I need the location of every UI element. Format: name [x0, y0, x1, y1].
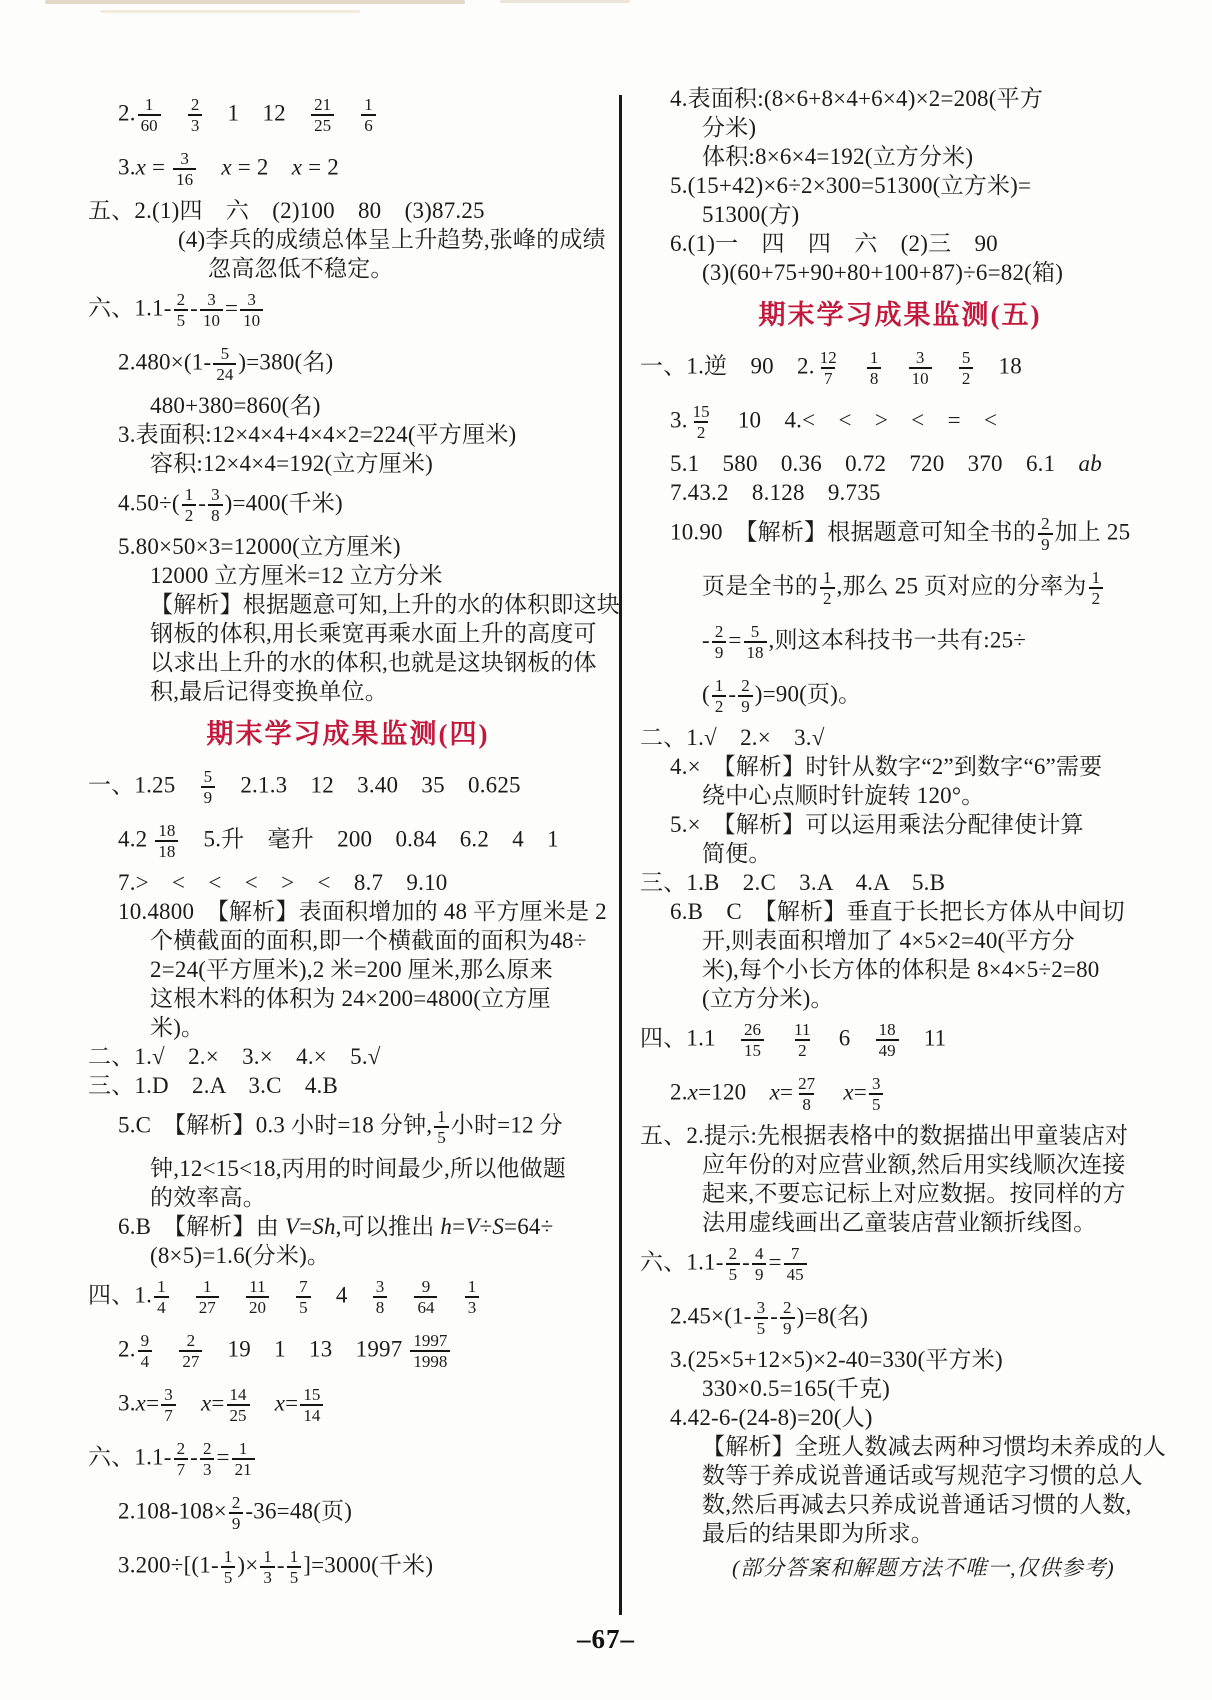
answer-line: (4)李兵的成绩总体呈上升趋势,张峰的成绩	[178, 225, 608, 254]
answer-line: 3.表面积:12×4×4+4×4×2=224(平方厘米)	[118, 420, 608, 449]
answer-line: 480+380=860(名)	[150, 391, 608, 420]
answer-line: 钟,12<15<18,丙用的时间最少,所以他做题	[150, 1154, 608, 1183]
fraction: 29	[738, 676, 753, 716]
answer-line: 开,则表面积增加了 4×5×2=40(平方分	[702, 926, 1160, 955]
answer-line: 2.160 23 1 12 2125 16	[118, 88, 608, 142]
answer-line: 【解析】根据题意可知,上升的水的体积即这块	[150, 590, 608, 619]
answer-line: 6.(1)一 四 四 六 (2)三 90	[670, 229, 1160, 258]
fraction: 227	[179, 1331, 202, 1371]
fraction: 1120	[246, 1277, 269, 1317]
answer-line: 六、1.1-27-23=121	[88, 1432, 608, 1486]
reference-note: (部分答案和解题方法不唯一,仅供参考)	[732, 1554, 1160, 1583]
fraction: 1514	[300, 1385, 323, 1425]
fraction: 518	[744, 622, 767, 662]
answer-line: (立方分米)。	[702, 984, 1160, 1013]
fraction: 29	[229, 1493, 244, 1533]
fraction: 15	[221, 1547, 236, 1587]
answer-line: 4.表面积:(8×6+8×4+6×4)×2=208(平方	[670, 84, 1160, 113]
answer-line: 2.94 227 19 1 13 1997 19971998	[118, 1324, 608, 1378]
fraction: 38	[208, 485, 223, 525]
answer-line: 忽高忽低不稳定。	[208, 254, 608, 283]
column-divider	[619, 95, 622, 1615]
top-border-decoration-right	[500, 0, 630, 3]
page-number: –67–	[0, 1624, 1212, 1655]
answer-line: 5.(15+42)×6÷2×300=51300(立方米)=	[670, 171, 1160, 200]
answer-line: 这根木料的体积为 24×200=4800(立方厘	[150, 984, 608, 1013]
answer-line: (3)(60+75+90+80+100+87)÷6=82(箱)	[702, 258, 1160, 287]
fraction: 12	[820, 568, 835, 608]
fraction: 59	[201, 767, 216, 807]
answer-line: 数,然后再减去只养成说普通话习惯的人数,	[702, 1490, 1160, 1519]
fraction: 75	[296, 1277, 311, 1317]
fraction: 316	[173, 149, 196, 189]
fraction: 35	[754, 1298, 769, 1338]
answer-line: 起来,不要忘记标上对应数据。按同样的方	[702, 1179, 1160, 1208]
answer-line: 7.43.2 8.128 9.735	[670, 478, 1160, 507]
answer-line: 6.B C 【解析】垂直于长把长方体从中间切	[670, 897, 1160, 926]
answer-line: 12000 立方厘米=12 立方分米	[150, 561, 608, 590]
fraction: 112	[791, 1020, 813, 1060]
answers-column-left: 2.160 23 1 12 2125 163.x = 316 x = 2 x =…	[88, 88, 608, 1594]
fraction: 2615	[741, 1020, 764, 1060]
answer-line: 简便。	[702, 839, 1160, 868]
answer-line: 的效率高。	[150, 1183, 608, 1212]
fraction: 13	[465, 1277, 480, 1317]
answer-line: 六、1.1-25-49=745	[640, 1237, 1160, 1291]
fraction: 13	[260, 1547, 275, 1587]
fraction: 152	[690, 402, 713, 442]
answer-line: 四、1.14 127 1120 75 4 38 964 13	[88, 1270, 608, 1324]
fraction: 12	[1089, 568, 1104, 608]
answer-line: 最后的结果即为所求。	[702, 1519, 1160, 1548]
fraction: 1849	[876, 1020, 899, 1060]
fraction: 37	[161, 1385, 176, 1425]
fraction: 49	[752, 1244, 767, 1284]
top-border-decoration-faint	[100, 10, 360, 13]
fraction: 310	[240, 290, 263, 330]
answer-line: 4.2 1818 5.升 毫升 200 0.84 6.2 4 1	[118, 814, 608, 868]
section-header: 期末学习成果监测(五)	[640, 294, 1160, 336]
answer-line: 3.152 10 4.< < > < = <	[670, 395, 1160, 449]
fraction: 23	[200, 1439, 215, 1479]
answer-line: 【解析】全班人数减去两种习惯均未养成的人	[702, 1432, 1160, 1461]
answer-line: 三、1.D 2.A 3.C 4.B	[88, 1071, 608, 1100]
answer-line: 2.480×(1-524)=380(名)	[118, 337, 608, 391]
answer-line: 钢板的体积,用长乘宽再乘水面上升的高度可	[150, 619, 608, 648]
answer-line: 数等于养成说普通话或写规范字习惯的总人	[702, 1461, 1160, 1490]
answer-line: 7.> < < < > < 8.7 9.10	[118, 868, 608, 897]
answer-line: 法用虚线画出乙童装店营业额折线图。	[702, 1208, 1160, 1237]
answer-line: 5.1 580 0.36 0.72 720 370 6.1 ab	[670, 449, 1160, 478]
fraction: 18	[867, 348, 882, 388]
fraction: 35	[869, 1074, 884, 1114]
fraction: 310	[200, 290, 223, 330]
fraction: 29	[712, 622, 727, 662]
answer-line: 3.(25×5+12×5)×2-40=330(平方米)	[670, 1345, 1160, 1374]
fraction: 15	[287, 1547, 302, 1587]
answer-line: 5.× 【解析】可以运用乘法分配律使计算	[670, 810, 1160, 839]
answer-line: 2.108-108×29-36=48(页)	[118, 1486, 608, 1540]
answer-line: 10.90 【解析】根据题意可知全书的29加上 25	[670, 507, 1160, 561]
fraction: 524	[213, 344, 236, 384]
fraction: 745	[784, 1244, 807, 1284]
fraction: 25	[726, 1244, 741, 1284]
answer-line: 一、1.25 59 2.1.3 12 3.40 35 0.625	[88, 760, 608, 814]
answer-line: 4.42-6-(24-8)=20(人)	[670, 1403, 1160, 1432]
answer-line: 4.50÷(12-38)=400(千米)	[118, 478, 608, 532]
answer-line: 体积:8×6×4=192(立方分米)	[702, 142, 1160, 171]
answer-line: 3.200÷[(1-15)×13-15]=3000(千米)	[118, 1540, 608, 1594]
answer-line: 三、1.B 2.C 3.A 4.A 5.B	[640, 868, 1160, 897]
answer-line: 五、2.提示:先根据表格中的数据描出甲童装店对	[640, 1121, 1160, 1150]
answer-line: -29=518,则这本科技书一共有:25÷	[702, 615, 1160, 669]
answer-line: 3.x = 316 x = 2 x = 2	[118, 142, 608, 196]
fraction: 12	[182, 485, 197, 525]
answer-line: 积,最后记得变换单位。	[150, 677, 608, 706]
fraction: 278	[795, 1074, 818, 1114]
answer-line: 应年份的对应营业额,然后用实线顺次连接	[702, 1150, 1160, 1179]
answer-line: 页是全书的12,那么 25 页对应的分率为12	[702, 561, 1160, 615]
answer-line: 四、1.1 2615 112 6 1849 11	[640, 1013, 1160, 1067]
fraction: 25	[174, 290, 189, 330]
answer-line: 容积:12×4×4=192(立方厘米)	[150, 449, 608, 478]
fraction: 964	[414, 1277, 437, 1317]
answer-line: 6.B 【解析】由 V=Sh,可以推出 h=V÷S=64÷	[118, 1212, 608, 1241]
fraction: 94	[138, 1331, 153, 1371]
answer-line: 米),每个小长方体的体积是 8×4×5÷2=80	[702, 955, 1160, 984]
answer-line: 2.x=120 x=278 x=35	[670, 1067, 1160, 1121]
answer-line: 以求出上升的水的体积,也就是这块钢板的体	[150, 648, 608, 677]
fraction: 127	[817, 348, 840, 388]
fraction: 310	[909, 348, 932, 388]
fraction: 16	[361, 95, 376, 135]
answer-line: 51300(方)	[702, 200, 1160, 229]
answer-line: 5.C 【解析】0.3 小时=18 分钟,15小时=12 分	[118, 1100, 608, 1154]
answer-line: 二、1.√ 2.× 3.√	[640, 723, 1160, 752]
fraction: 121	[232, 1439, 255, 1479]
fraction: 127	[196, 1277, 219, 1317]
fraction: 1818	[155, 821, 178, 861]
fraction: 12	[712, 676, 727, 716]
answers-column-right: 4.表面积:(8×6+8×4+6×4)×2=208(平方分米)体积:8×6×4=…	[640, 84, 1160, 1583]
answer-line: 3.x=37 x=1425 x=1514	[118, 1378, 608, 1432]
answer-line: 一、1.逆 90 2.127 18 310 52 18	[640, 341, 1160, 395]
fraction: 1425	[227, 1385, 250, 1425]
answer-line: 5.80×50×3=12000(立方厘米)	[118, 532, 608, 561]
fraction: 27	[174, 1439, 189, 1479]
fraction: 2125	[311, 95, 334, 135]
top-border-decoration	[45, 0, 465, 4]
answer-line: (12-29)=90(页)。	[702, 669, 1160, 723]
answer-line: 五、2.(1)四 六 (2)100 80 (3)87.25	[88, 196, 608, 225]
fraction: 160	[138, 95, 161, 135]
fraction: 15	[434, 1107, 449, 1147]
answer-line: 2=24(平方厘米),2 米=200 厘米,那么原来	[150, 955, 608, 984]
answer-line: 六、1.1-25-310=310	[88, 283, 608, 337]
fraction: 38	[373, 1277, 388, 1317]
answer-line: (8×5)=1.6(分米)。	[150, 1241, 608, 1270]
fraction: 14	[154, 1277, 169, 1317]
answer-key-page: 2.160 23 1 12 2125 163.x = 316 x = 2 x =…	[0, 0, 1212, 1700]
answer-line: 10.4800 【解析】表面积增加的 48 平方厘米是 2	[118, 897, 608, 926]
fraction: 52	[959, 348, 974, 388]
fraction: 23	[188, 95, 203, 135]
answer-line: 2.45×(1-35-29)=8(名)	[670, 1291, 1160, 1345]
answer-line: 二、1.√ 2.× 3.× 4.× 5.√	[88, 1042, 608, 1071]
answer-line: 330×0.5=165(千克)	[702, 1374, 1160, 1403]
fraction: 19971998	[410, 1331, 450, 1371]
answer-line: 4.× 【解析】时针从数字“2”到数字“6”需要	[670, 752, 1160, 781]
answer-line: 分米)	[702, 113, 1160, 142]
answer-line: 米)。	[150, 1013, 608, 1042]
answer-line: 个横截面的面积,即一个横截面的面积为48÷	[150, 926, 608, 955]
fraction: 29	[780, 1298, 795, 1338]
section-header: 期末学习成果监测(四)	[88, 713, 608, 755]
answer-line: 绕中心点顺时针旋转 120°。	[702, 781, 1160, 810]
fraction: 29	[1038, 514, 1053, 554]
